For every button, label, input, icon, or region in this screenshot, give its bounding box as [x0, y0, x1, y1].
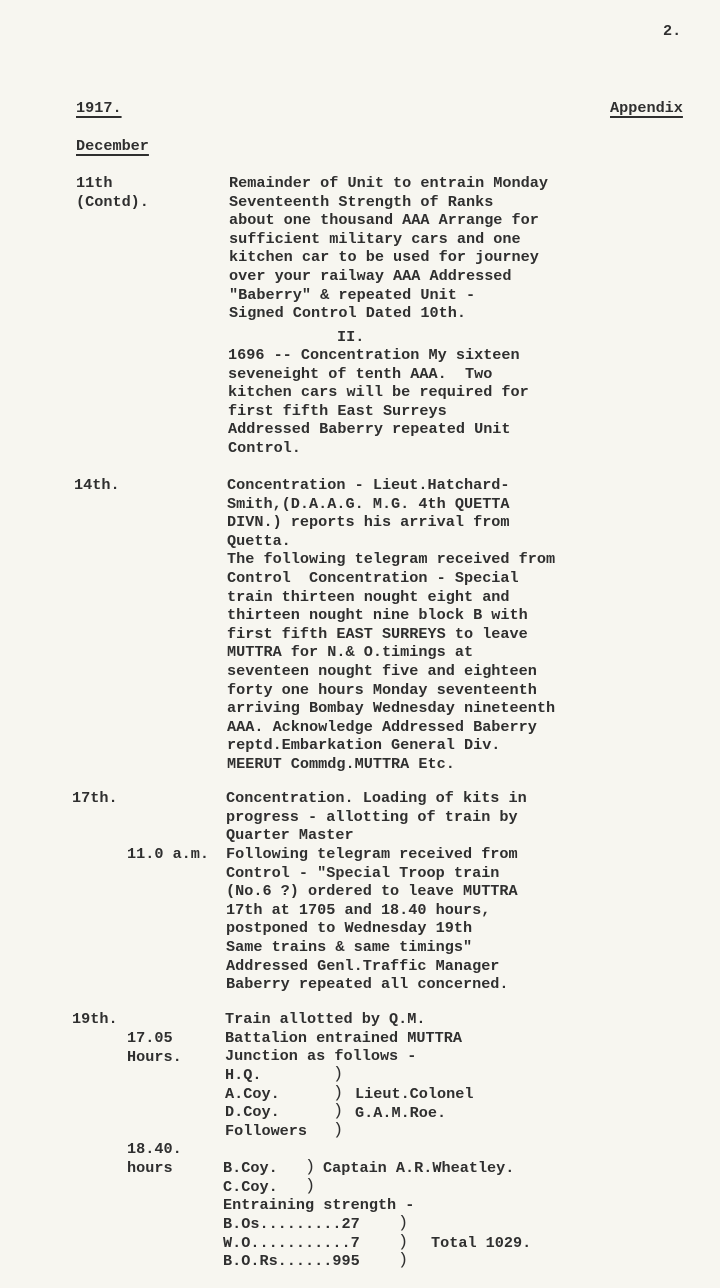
entry-time-1705: 17.05 Hours.: [127, 1029, 182, 1066]
section-number: II.: [337, 328, 364, 347]
entry-date-17th: 17th.: [72, 789, 118, 808]
entry-text-11th-part2: 1696 -- Concentration My sixteen sevenei…: [228, 346, 529, 458]
entry-text-17th-part2: Following telegram received from Control…: [226, 845, 518, 994]
strength-label: Entraining strength -: [223, 1196, 414, 1215]
group1-officer: Lieut.Colonel G.A.M.Roe.: [355, 1085, 473, 1122]
entry-text-17th: Concentration. Loading of kits in progre…: [226, 789, 527, 845]
year-heading: 1917.: [76, 99, 122, 118]
entry-date-19th: 19th.: [72, 1010, 118, 1029]
document-page: 2. 1917. Appendix December 11th (Contd).…: [0, 0, 720, 1288]
entry-text-19th: Train allotted by Q.M. Battalion entrain…: [225, 1010, 462, 1066]
entry-date-14th: 14th.: [74, 476, 120, 495]
entry-text-14th: Concentration - Lieut.Hatchard- Smith,(D…: [227, 476, 555, 774]
entry-date-11th: 11th (Contd).: [76, 174, 149, 211]
entry-time-17th: 11.0 a.m.: [127, 845, 209, 864]
page-number: 2.: [663, 22, 681, 41]
entry-time-1840: 18.40. hours: [127, 1140, 182, 1177]
entry-text-11th: Remainder of Unit to entrain Monday Seve…: [229, 174, 548, 323]
strength-total: Total 1029.: [431, 1234, 531, 1253]
appendix-heading: Appendix: [610, 99, 683, 118]
group2-officer: Captain A.R.Wheatley.: [323, 1159, 514, 1178]
group2-brace: ) ): [305, 1159, 315, 1196]
strength-rows: B.Os.........27 W.O...........7 B.O.Rs..…: [223, 1215, 360, 1271]
group2-units: B.Coy. C.Coy.: [223, 1159, 278, 1196]
group1-brace: ) ) ) ): [333, 1066, 343, 1140]
month-heading: December: [76, 137, 149, 156]
group1-units: H.Q. A.Coy. D.Coy. Followers: [225, 1066, 307, 1140]
strength-brace: ) ) ): [398, 1215, 408, 1271]
